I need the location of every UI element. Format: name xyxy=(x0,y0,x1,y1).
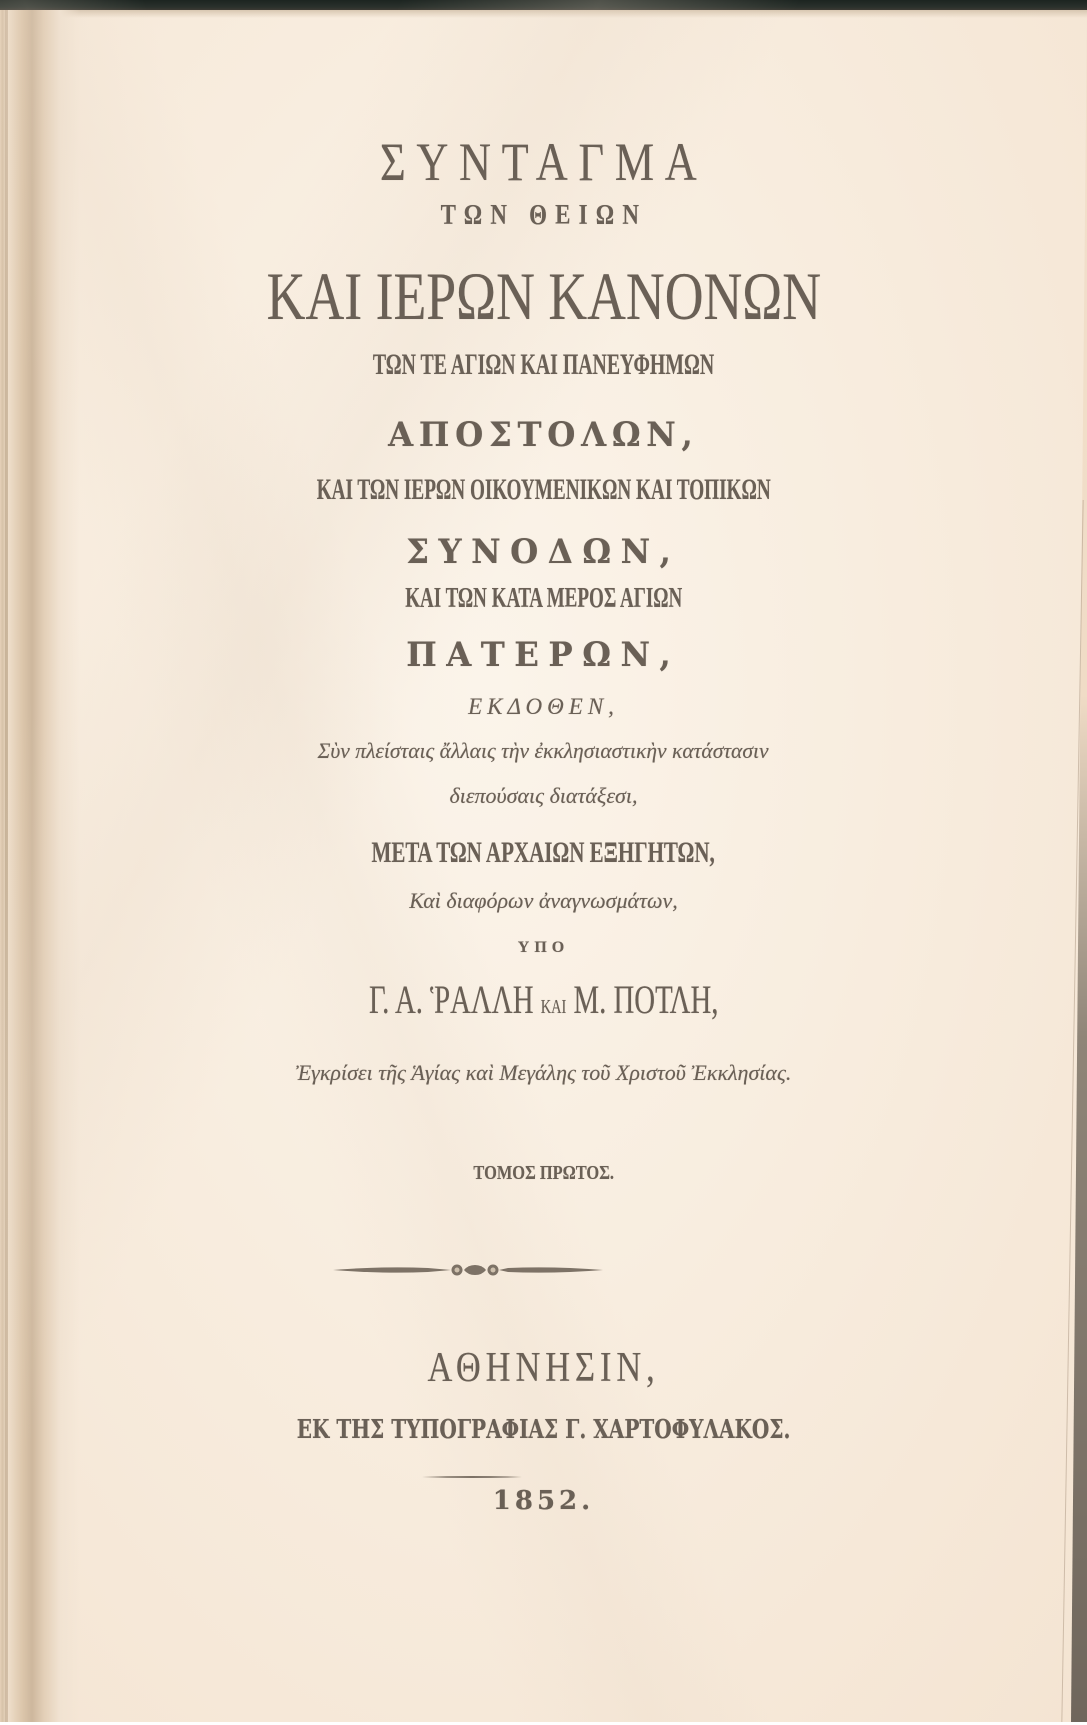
ornamental-rule-icon xyxy=(333,1262,603,1278)
line-syn-pleistais: Σὺν πλείσταις ἄλλαις τὴν ἐκκλησιαστικὴν … xyxy=(0,740,1087,762)
author-conjunction: ΚΑΙ xyxy=(540,996,566,1018)
line-text: ΚΑΙ ΙΕΡΩΝ ΚΑΝΟΝΩΝ xyxy=(266,262,820,330)
line-text: ΜΕΤΑ ΤΩΝ ΑΡΧΑΙΩΝ ΕΞΗΓΗΤΩΝ, xyxy=(372,838,715,868)
line-ton-theion: ΤΩΝ ΘΕΙΩΝ xyxy=(0,202,1087,230)
line-kai-diaforon: Καὶ διαφόρων ἀναγνωσμάτων, xyxy=(0,890,1087,912)
line-kai-ieron-kanonon: ΚΑΙ ΙΕΡΩΝ ΚΑΝΟΝΩΝ xyxy=(0,262,1087,330)
line-athenesin: ΑΘΗΝΗΣΙΝ, xyxy=(0,1347,1087,1389)
line-text: ΥΠΟ xyxy=(518,940,569,956)
line-text: ΕΚ ΤΗΣ ΤΥΠΟΓΡΑΦΙΑΣ Γ. ΧΑΡΤΟΦΥΛΑΚΟΣ. xyxy=(297,1417,791,1443)
line-text: Ἐγκρίσει τῆς Ἁγίας καὶ Μεγάλης τοῦ Χριστ… xyxy=(296,1062,792,1084)
line-ekdothen: ΕΚΔΟΘΕΝ, xyxy=(0,695,1087,718)
line-text: Καὶ διαφόρων ἀναγνωσμάτων, xyxy=(409,890,678,912)
author-ralli: Γ. Α. ῬΑΛΛΗ xyxy=(369,977,534,1022)
line-kata-meros: ΚΑΙ ΤΩΝ ΚΑΤΑ ΜΕΡΟΣ ΑΓΙΩΝ xyxy=(0,585,1087,613)
line-tonte-agion: ΤΩΝ ΤΕ ΑΓΙΩΝ ΚΑΙ ΠΑΝΕΥΦΗΜΩΝ xyxy=(0,350,1087,380)
line-oikoumenikon: ΚΑΙ ΤΩΝ ΙΕΡΩΝ ΟΙΚΟΥΜΕΝΙΚΩΝ ΚΑΙ ΤΟΠΙΚΩΝ xyxy=(0,475,1087,505)
authors-group: Γ. Α. ῬΑΛΛΗ ΚΑΙ Μ. ΠΟΤΛΗ, xyxy=(369,980,719,1020)
line-year: 1852. xyxy=(0,1488,1087,1514)
line-text: ΤΩΝ ΘΕΙΩΝ xyxy=(440,202,646,230)
line-enkrisei: Ἐγκρίσει τῆς Ἁγίας καὶ Μεγάλης τοῦ Χριστ… xyxy=(0,1062,1087,1084)
line-synodon: ΣΥΝΟΔΩΝ, xyxy=(0,535,1087,569)
line-diepousais: διεπούσαις διατάξεσι, xyxy=(0,785,1087,807)
line-text: Σὺν πλείσταις ἄλλαις τὴν ἐκκλησιαστικὴν … xyxy=(318,740,769,762)
line-text: ΑΘΗΝΗΣΙΝ, xyxy=(427,1347,659,1389)
line-pateron: ΠΑΤΕΡΩΝ, xyxy=(0,638,1087,672)
line-text: διεπούσαις διατάξεσι, xyxy=(450,785,638,807)
line-authors: Γ. Α. ῬΑΛΛΗ ΚΑΙ Μ. ΠΟΤΛΗ, xyxy=(0,980,1087,1020)
line-text: ΠΑΤΕΡΩΝ, xyxy=(406,638,680,672)
line-meta-ton: ΜΕΤΑ ΤΩΝ ΑΡΧΑΙΩΝ ΕΞΗΓΗΤΩΝ, xyxy=(0,838,1087,868)
line-text: ΤΩΝ ΤΕ ΑΓΙΩΝ ΚΑΙ ΠΑΝΕΥΦΗΜΩΝ xyxy=(373,350,714,380)
line-text: ΣΥΝΟΔΩΝ, xyxy=(406,535,680,569)
scanner-top-strip xyxy=(0,0,1087,10)
line-tomos-protos: ΤΟΜΟΣ ΠΡΩΤΟΣ. xyxy=(0,1163,1087,1183)
line-text: ΤΟΜΟΣ ΠΡΩΤΟΣ. xyxy=(473,1163,614,1183)
line-text: ΕΚΔΟΘΕΝ, xyxy=(468,695,619,718)
line-text: ΑΠΟΣΤΟΛΩΝ, xyxy=(388,418,698,452)
line-ypo: ΥΠΟ xyxy=(0,940,1087,956)
title-syntagma: ΣΥΝΤΑΓΜΑ xyxy=(0,135,1087,189)
line-text: 1852. xyxy=(493,1488,594,1514)
line-text: ΚΑΙ ΤΩΝ ΚΑΤΑ ΜΕΡΟΣ ΑΓΙΩΝ xyxy=(405,585,682,613)
line-apostolon: ΑΠΟΣΤΟΛΩΝ, xyxy=(0,418,1087,452)
page-top-edge xyxy=(0,10,1087,18)
author-potli: Μ. ΠΟΤΛΗ, xyxy=(573,977,718,1022)
line-typografia: ΕΚ ΤΗΣ ΤΥΠΟΓΡΑΦΙΑΣ Γ. ΧΑΡΤΟΦΥΛΑΚΟΣ. xyxy=(0,1417,1087,1443)
scanned-book-page: ΣΥΝΤΑΓΜΑ ΤΩΝ ΘΕΙΩΝ ΚΑΙ ΙΕΡΩΝ ΚΑΝΟΝΩΝ ΤΩΝ… xyxy=(0,0,1087,1722)
title-text: ΣΥΝΤΑΓΜΑ xyxy=(380,135,707,189)
short-rule-icon xyxy=(422,1475,522,1479)
line-text: ΚΑΙ ΤΩΝ ΙΕΡΩΝ ΟΙΚΟΥΜΕΝΙΚΩΝ ΚΑΙ ΤΟΠΙΚΩΝ xyxy=(316,475,770,505)
